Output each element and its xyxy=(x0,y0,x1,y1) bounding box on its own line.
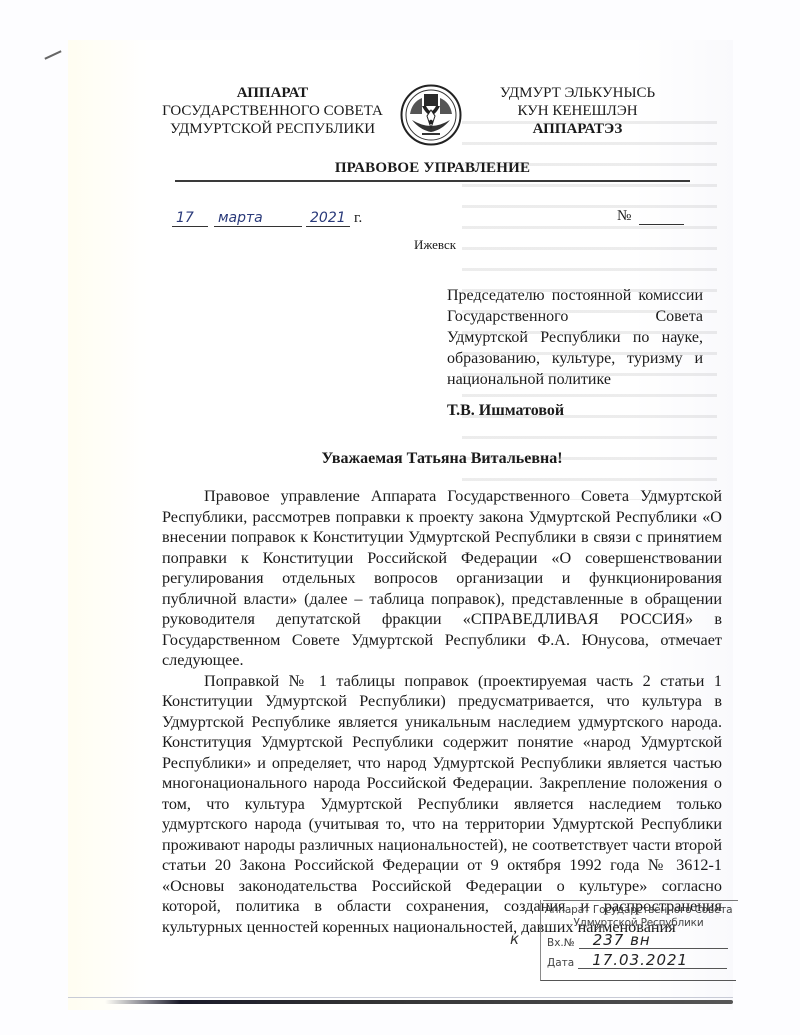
margin-handwritten-mark: к xyxy=(510,930,519,948)
date-year: 2021 xyxy=(306,210,350,227)
body-paragraph: Поправкой № 1 таблицы поправок (проектир… xyxy=(162,671,722,938)
stamp-org-line2: Удмуртской Республики xyxy=(541,917,736,930)
stamp-incoming-label: Вх.№ xyxy=(547,937,575,949)
header-right-udm: УДМУРТ ЭЛЬКУНЫСЬ КУН КЕНЕШЛЭН АППАРАТЭЗ xyxy=(470,84,685,138)
addressee-line: Государственного Совета xyxy=(447,306,703,327)
registration-stamp: Аппарат Государственного Совета Удмуртск… xyxy=(540,900,736,981)
stamp-incoming-value: 237 вн xyxy=(579,932,728,949)
header-divider xyxy=(175,180,690,182)
number-blank xyxy=(639,210,684,225)
header-right-line1: УДМУРТ ЭЛЬКУНЫСЬ xyxy=(470,84,685,102)
stamp-organization: Аппарат Государственного Совета Удмуртск… xyxy=(541,904,736,930)
department-title: ПРАВОВОЕ УПРАВЛЕНИЕ xyxy=(175,160,690,177)
addressee-line: образованию, культуре, туризму и xyxy=(447,348,703,369)
stamp-org-line1: Аппарат Государственного Совета xyxy=(541,904,736,917)
header-left-ru: АППАРАТ ГОСУДАРСТВЕННОГО СОВЕТА УДМУРТСК… xyxy=(150,84,395,138)
header-right-line3: АППАРАТЭЗ xyxy=(470,120,685,138)
header-left-line2: ГОСУДАРСТВЕННОГО СОВЕТА xyxy=(150,102,395,120)
stamp-top-border xyxy=(543,900,738,901)
scan-mark xyxy=(44,50,61,59)
date-month: марта xyxy=(214,210,302,227)
letter-body: Правовое управление Аппарата Государстве… xyxy=(162,486,722,937)
greeting: Уважаемая Татьяна Витальевна! xyxy=(162,450,722,468)
stamp-incoming-row: Вх.№ 237 вн xyxy=(547,932,728,949)
addressee-block: Председателю постоянной комиссии Государ… xyxy=(447,285,703,390)
header-right-line2: КУН КЕНЕШЛЭН xyxy=(470,102,685,120)
addressee-line: Удмуртской Республики по науке, xyxy=(447,327,703,348)
addressee-line: Председателю постоянной комиссии xyxy=(447,285,703,306)
page-shadow xyxy=(105,1000,733,1004)
document-number: № xyxy=(617,208,684,225)
page-edge xyxy=(68,997,733,998)
stamp-date-label: Дата xyxy=(547,957,574,969)
stamp-date-row: Дата 17.03.2021 xyxy=(547,952,727,969)
date-suffix: г. xyxy=(354,210,362,227)
coat-of-arms-icon xyxy=(400,84,462,146)
addressee-line: национальной политике xyxy=(447,369,703,390)
header-left-line1: АППАРАТ xyxy=(150,84,395,102)
header-left-line3: УДМУРТСКОЙ РЕСПУБЛИКИ xyxy=(150,120,395,138)
number-label: № xyxy=(617,208,631,225)
body-paragraph: Правовое управление Аппарата Государстве… xyxy=(162,486,722,671)
city: Ижевск xyxy=(400,237,470,253)
document-date: 17 марта 2021 г. xyxy=(172,210,362,227)
addressee-name: Т.В. Ишматовой xyxy=(447,402,564,420)
stamp-date-value: 17.03.2021 xyxy=(578,952,727,969)
date-day: 17 xyxy=(172,210,208,227)
